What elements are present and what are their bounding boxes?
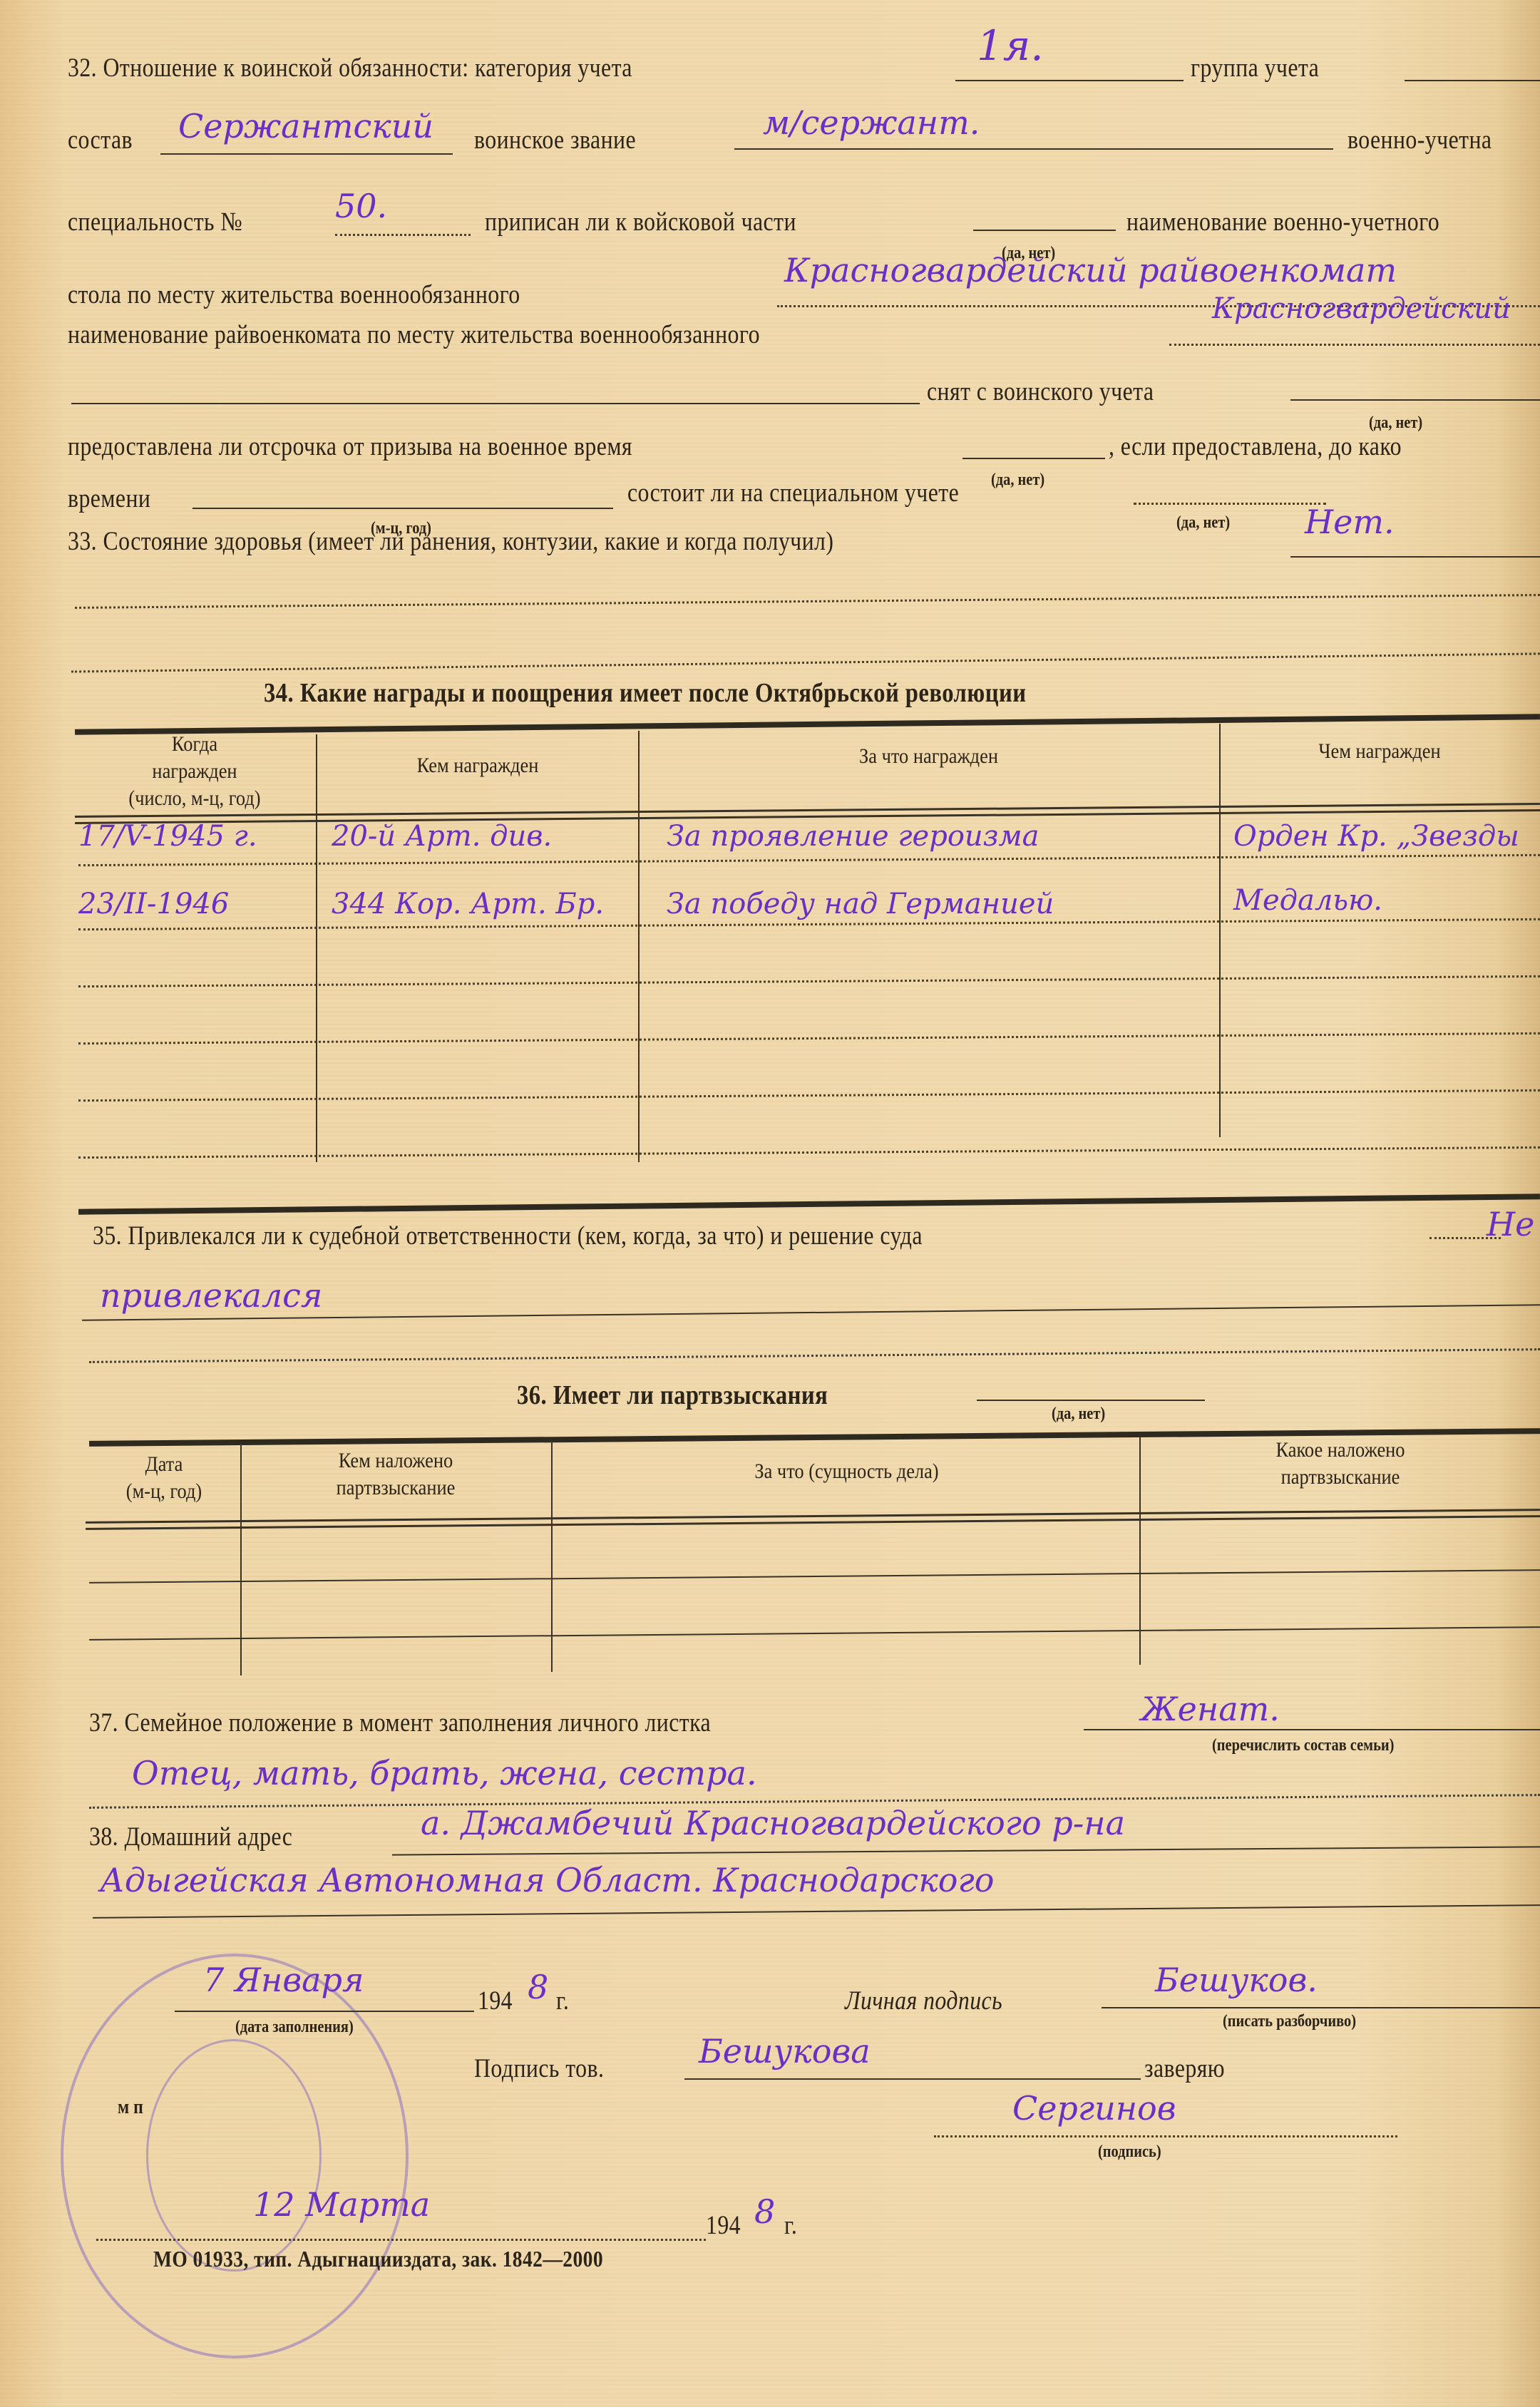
specialty-value[interactable]: 50. xyxy=(335,187,387,225)
s33-label: 33. Состояние здоровья (имеет ли ранения… xyxy=(68,526,833,557)
s36-col-date: Дата (м-ц, год) xyxy=(98,1451,230,1505)
col-when-l1: Когда xyxy=(91,731,298,758)
col-penalty-l1: Какое наложено xyxy=(1165,1437,1516,1464)
cert-date-value[interactable]: 12 Марта xyxy=(253,2185,430,2224)
award-date-2[interactable]: 23/II-1946 xyxy=(78,888,229,920)
removed-line xyxy=(1290,399,1540,401)
award-by-2[interactable]: 344 Кор. Арт. Бр. xyxy=(332,888,604,920)
sostav-label: состав xyxy=(68,125,133,155)
award-by-1[interactable]: 20-й Арт. див. xyxy=(332,820,552,853)
removed-hint: (да, нет) xyxy=(1369,414,1422,433)
special-label: состоит ли на специальном учете xyxy=(627,478,959,508)
s34-divider-3 xyxy=(1219,724,1221,1137)
s37-hint: (перечислить состав семьи) xyxy=(1212,1736,1394,1755)
s36-title: 36. Имеет ли партвзыскания xyxy=(517,1380,828,1411)
s36-header-border xyxy=(86,1509,1540,1530)
rank-label: воинское звание xyxy=(474,125,636,155)
cert-year-suffix: г. xyxy=(784,2210,797,2241)
award-item-1[interactable]: Орден Кр. „Звезды xyxy=(1233,820,1519,853)
fill-date-hint: (дата заполнения) xyxy=(235,2018,354,2037)
deferral-cont: , если предоставлена, до како xyxy=(1109,431,1402,462)
s38-address-2[interactable]: Адыгейская Автономная Област. Краснодарс… xyxy=(100,1861,994,1899)
cert-year-prefix: 194 xyxy=(706,2210,741,2241)
fill-year-digit[interactable]: 8 xyxy=(528,1968,548,2006)
vus-label: военно-учетна xyxy=(1347,125,1492,155)
s32-label: 32. Отношение к воинской обязанности: ка… xyxy=(68,53,632,83)
s34-col-by-whom: Кем награжден xyxy=(337,752,619,779)
personal-sig-value[interactable]: Бешуков. xyxy=(1155,1961,1318,1999)
s33-line-3 xyxy=(71,652,1540,672)
deferral-label: предоставлена ли отсрочка от призыва на … xyxy=(68,431,632,462)
time-line xyxy=(192,508,613,509)
s34-col-award: Чем награжден xyxy=(1238,738,1521,765)
fill-year-suffix: г. xyxy=(556,1986,569,2016)
s33-value[interactable]: Нет. xyxy=(1305,503,1395,541)
award-reason-2[interactable]: За победу над Германией xyxy=(667,888,1054,920)
rvk-line xyxy=(1169,344,1540,346)
s34-col-for-what: За что награжден xyxy=(673,743,1184,770)
s34-col-when: Когда награжден (число, м-ц, год) xyxy=(91,731,298,812)
s36-row-line-1 xyxy=(89,1569,1540,1584)
s33-line-2 xyxy=(75,594,1540,609)
category-value[interactable]: 1я. xyxy=(977,21,1044,70)
certify-value[interactable]: Бешукова xyxy=(699,2032,871,2070)
s33-line xyxy=(1290,556,1540,558)
s34-bottom-border xyxy=(78,1194,1540,1214)
col-when-l3: (число, м-ц, год) xyxy=(91,785,298,812)
stamp-inner-emblem xyxy=(146,2039,322,2272)
s38-line-2 xyxy=(93,1904,1540,1919)
cert-date-line xyxy=(96,2239,706,2241)
s36-divider-1 xyxy=(240,1444,242,1675)
certify-line xyxy=(684,2078,1141,2080)
s35-value-start[interactable]: Не xyxy=(1487,1205,1534,1243)
s37-family[interactable]: Отец, мать, брать, жена, сестра. xyxy=(132,1754,757,1792)
award-reason-1[interactable]: За проявление героизма xyxy=(667,820,1039,853)
vus-name-label: наименование военно-учетного xyxy=(1126,207,1439,237)
fill-year-prefix: 194 xyxy=(478,1986,513,2016)
s36-hint: (да, нет) xyxy=(1052,1405,1105,1424)
s38-address-1[interactable]: а. Джамбечий Красногвардейского р-на xyxy=(421,1804,1125,1842)
s34-title: 34. Какие награды и поощрения имеет посл… xyxy=(264,677,1026,709)
sig-hint: (подпись) xyxy=(1098,2142,1161,2162)
rank-value[interactable]: м/сержант. xyxy=(763,103,980,142)
mp-label: м п xyxy=(118,2096,143,2119)
specialty-label: специальность № xyxy=(68,207,242,237)
group-line xyxy=(1405,80,1540,81)
s37-value[interactable]: Женат. xyxy=(1141,1690,1280,1728)
special-line xyxy=(1134,503,1326,505)
s36-row-line-2 xyxy=(89,1626,1540,1641)
official-sig-line xyxy=(934,2135,1397,2137)
assigned-label: приписан ли к войсковой части xyxy=(485,207,796,237)
certify-suffix: заверяю xyxy=(1144,2053,1225,2084)
category-line xyxy=(955,80,1184,81)
rvk-line-2 xyxy=(71,403,920,404)
col-when-l2: награжден xyxy=(91,758,298,785)
s37-label: 37. Семейное положение в момент заполнен… xyxy=(89,1708,711,1738)
s38-line-1 xyxy=(392,1846,1540,1855)
s37-line xyxy=(1084,1729,1540,1730)
s34-row-line-3 xyxy=(78,975,1540,987)
rank-line xyxy=(734,148,1333,150)
s36-col-for-what: За что (сущность дела) xyxy=(588,1458,1106,1485)
deferral-hint: (да, нет) xyxy=(991,471,1044,490)
col-penalty-l2: партвзыскание xyxy=(1165,1464,1516,1491)
s34-row-line-1 xyxy=(78,854,1540,866)
table-value[interactable]: Красногвардейский райвоенкомат xyxy=(784,251,1397,289)
col-date-l2: (м-ц, год) xyxy=(98,1478,230,1505)
personal-sig-label: Личная подпись xyxy=(845,1986,1002,2016)
s34-row-line-6 xyxy=(78,1146,1540,1159)
rvk-label: наименование райвоенкомата по месту жите… xyxy=(68,319,760,350)
s34-row-line-4 xyxy=(78,1032,1540,1045)
group-label: группа учета xyxy=(1191,53,1319,83)
s36-divider-2 xyxy=(551,1440,553,1672)
rvk-value[interactable]: Красногвардейский xyxy=(1212,292,1511,325)
sostav-line xyxy=(160,153,453,155)
s38-label: 38. Домашний адрес xyxy=(89,1822,292,1852)
certify-label: Подпись тов. xyxy=(474,2053,604,2084)
removed-label: снят с воинского учета xyxy=(927,376,1154,407)
s36-line xyxy=(977,1400,1205,1401)
personal-sig-line xyxy=(1102,2007,1540,2008)
specialty-line xyxy=(335,234,471,236)
print-info: МО 01933, тип. Адыгнацииздата, зак. 1842… xyxy=(153,2246,603,2272)
award-item-2[interactable]: Медалью. xyxy=(1233,884,1382,917)
legible-hint: (писать разборчиво) xyxy=(1223,2012,1356,2031)
fill-date-value[interactable]: 7 Января xyxy=(203,1961,364,1999)
fill-date-line xyxy=(175,2011,474,2012)
s36-col-penalty: Какое наложено партвзыскание xyxy=(1165,1437,1516,1491)
s36-col-by-whom: Кем наложено партвзыскание xyxy=(261,1447,530,1502)
s35-line-3 xyxy=(89,1348,1540,1363)
award-date-1[interactable]: 17/V-1945 г. xyxy=(78,820,257,853)
col-date-l1: Дата xyxy=(98,1451,230,1478)
cert-year-digit[interactable]: 8 xyxy=(754,2192,775,2231)
col-by-l1: Кем наложено xyxy=(261,1447,530,1474)
table-label: стола по месту жительства военнообязанно… xyxy=(68,279,520,310)
time-label: времени xyxy=(68,483,150,514)
official-sig-value[interactable]: Сергинов xyxy=(1012,2089,1176,2128)
deferral-line xyxy=(962,458,1105,459)
assigned-line xyxy=(973,230,1116,231)
col-by-l2: партвзыскание xyxy=(261,1474,530,1502)
s35-value[interactable]: привлекался xyxy=(100,1276,322,1315)
sostav-value[interactable]: Сержантский xyxy=(178,107,433,145)
special-hint: (да, нет) xyxy=(1176,513,1230,533)
s34-row-line-5 xyxy=(78,1089,1540,1102)
s35-label: 35. Привлекался ли к судебной ответствен… xyxy=(93,1221,923,1251)
